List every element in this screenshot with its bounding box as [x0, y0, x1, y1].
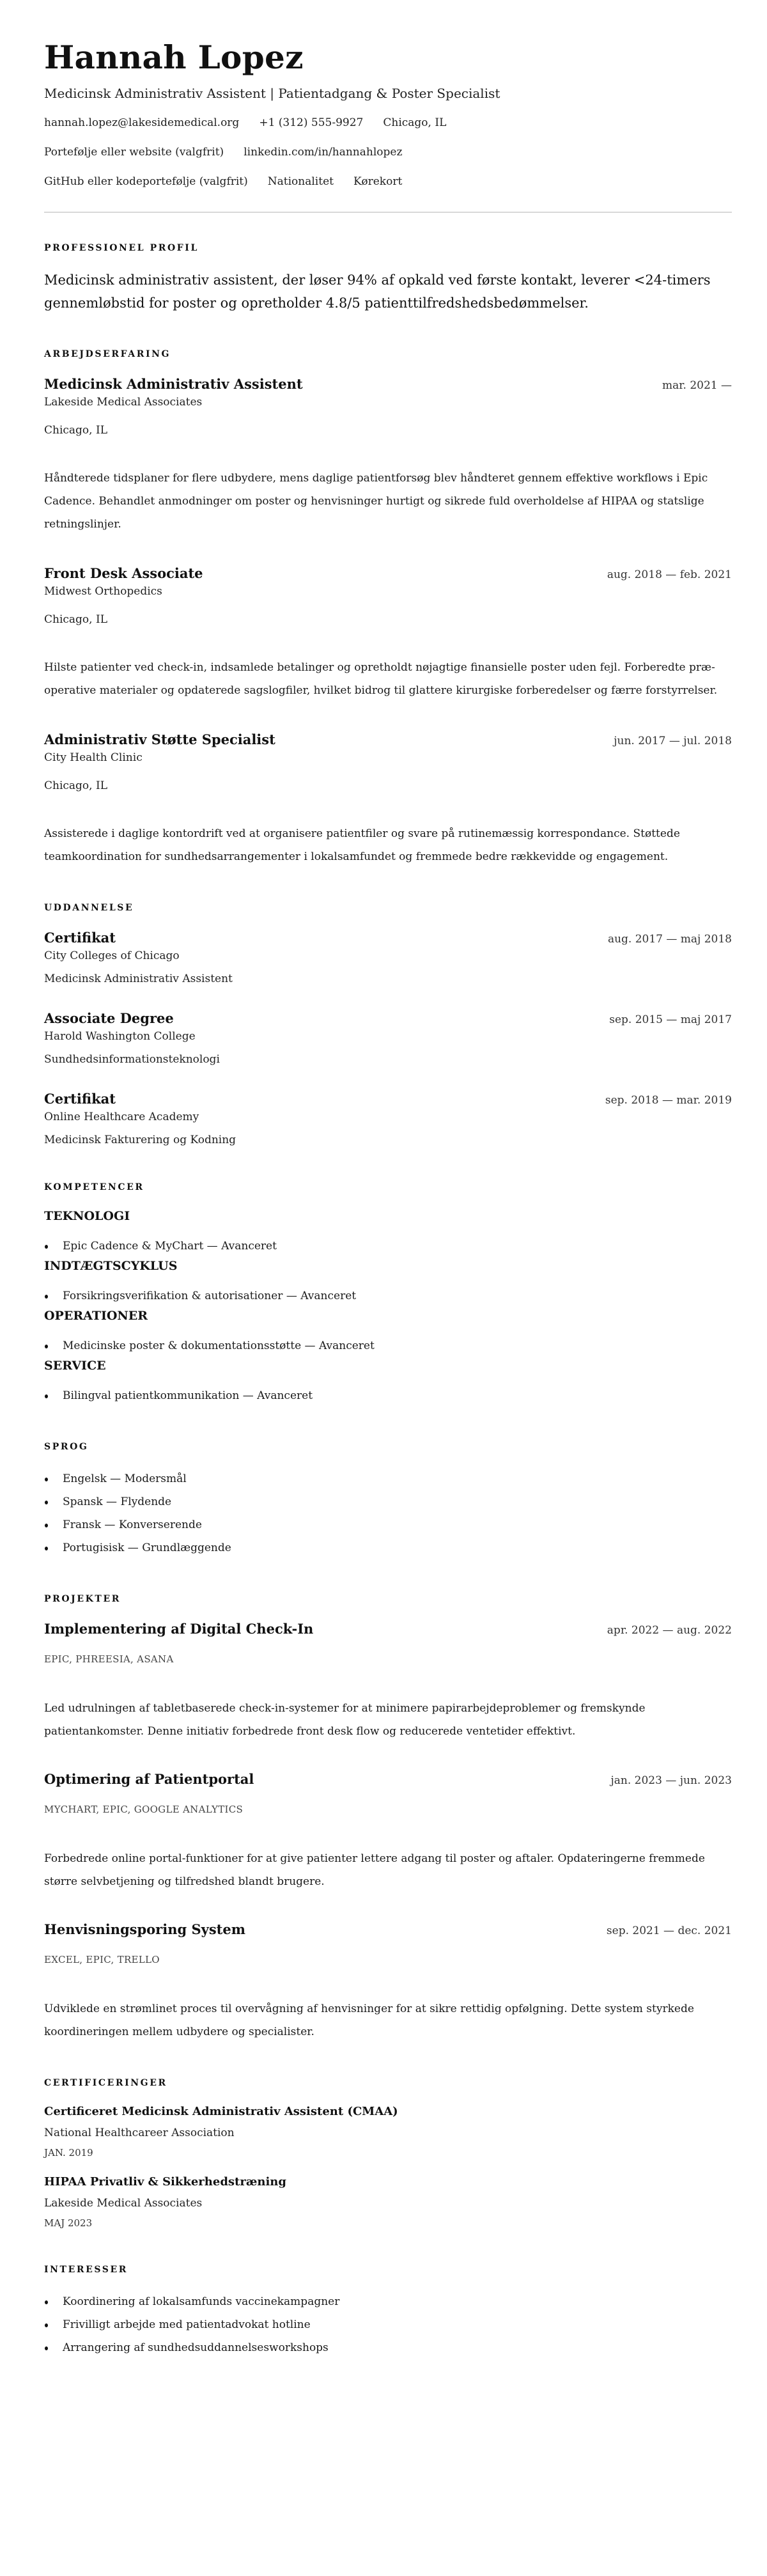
contact-row-2: Portefølje eller website (valgfrit) link…	[44, 144, 732, 160]
contact-phone[interactable]: +1 (312) 555-9927	[259, 115, 363, 130]
skill-item: Forsikringsverifikation & autorisationer…	[44, 1284, 732, 1308]
project-dates: sep. 2021 — dec. 2021	[607, 1922, 732, 1940]
project-title: Henvisningsporing System	[44, 1920, 245, 1939]
project-tech: EXCEL, EPIC, TRELLO	[44, 1953, 732, 1967]
section-experience: Arbejdserfaring Medicinsk Administrativ …	[44, 348, 732, 868]
section-skills: Kompetencer TEKNOLOGI Epic Cadence & MyC…	[44, 1181, 732, 1407]
language-item: Fransk — Konverserende	[44, 1513, 732, 1536]
contact-github: GitHub eller kodeportefølje (valgfrit)	[44, 174, 248, 189]
section-languages: Sprog Engelsk — Modersmål Spansk — Flyde…	[44, 1440, 732, 1559]
job-entry: Medicinsk Administrativ Assistent mar. 2…	[44, 375, 732, 536]
certification-issuer: National Healthcareer Association	[44, 2125, 732, 2141]
contact-portfolio: Portefølje eller website (valgfrit)	[44, 144, 224, 160]
certification-date: JAN. 2019	[44, 2146, 732, 2160]
section-interests: Interesser Koordinering af lokalsamfunds…	[44, 2263, 732, 2359]
contact-nationality: Nationalitet	[268, 174, 334, 189]
education-dates: aug. 2017 — maj 2018	[608, 930, 732, 948]
headline: Medicinsk Administrativ Assistent | Pati…	[44, 84, 732, 102]
job-location: Chicago, IL	[44, 612, 732, 627]
project-description: Forbedrede online portal-funktioner for …	[44, 1847, 734, 1893]
certification-entry: HIPAA Privatliv & Sikkerhedstræning Lake…	[44, 2174, 732, 2230]
certification-issuer: Lakeside Medical Associates	[44, 2196, 732, 2211]
section-title-experience: Arbejdserfaring	[44, 348, 732, 361]
skill-group: SERVICE Bilingval patientkommunikation —…	[44, 1357, 732, 1407]
project-entry: Implementering af Digital Check-In apr. …	[44, 1620, 732, 1743]
skill-group: TEKNOLOGI Epic Cadence & MyChart — Avanc…	[44, 1208, 732, 1258]
education-field: Sundhedsinformationsteknologi	[44, 1052, 732, 1067]
project-title: Implementering af Digital Check-In	[44, 1620, 313, 1639]
section-title-skills: Kompetencer	[44, 1181, 732, 1194]
project-tech: MYCHART, EPIC, GOOGLE ANALYTICS	[44, 1802, 732, 1816]
skill-group-title: OPERATIONER	[44, 1308, 732, 1324]
education-school: Online Healthcare Academy	[44, 1109, 732, 1125]
project-description: Led udrulningen af tabletbaserede check-…	[44, 1697, 734, 1743]
language-item: Engelsk — Modersmål	[44, 1467, 732, 1490]
job-description: Håndterede tidsplaner for flere udbydere…	[44, 467, 734, 536]
language-item: Portugisisk — Grundlæggende	[44, 1536, 732, 1559]
section-title-profile: Professionel Profil	[44, 242, 732, 254]
education-school: Harold Washington College	[44, 1029, 732, 1044]
skill-group-title: SERVICE	[44, 1357, 732, 1374]
job-dates: aug. 2018 — feb. 2021	[607, 566, 732, 584]
job-description: Hilste patienter ved check-in, indsamled…	[44, 656, 734, 702]
interest-item: Koordinering af lokalsamfunds vaccinekam…	[44, 2290, 732, 2313]
certification-entry: Certificeret Medicinsk Administrativ Ass…	[44, 2104, 732, 2160]
project-title: Optimering af Patientportal	[44, 1770, 254, 1789]
education-school: City Colleges of Chicago	[44, 948, 732, 964]
interest-item: Arrangering af sundhedsuddannelsesworksh…	[44, 2336, 732, 2359]
education-degree: Certifikat	[44, 928, 116, 948]
education-field: Medicinsk Administrativ Assistent	[44, 971, 732, 987]
education-degree: Associate Degree	[44, 1009, 174, 1028]
job-location: Chicago, IL	[44, 423, 732, 438]
contact-row-3: GitHub eller kodeportefølje (valgfrit) N…	[44, 174, 732, 189]
education-field: Medicinsk Fakturering og Kodning	[44, 1132, 732, 1148]
candidate-name: Hannah Lopez	[44, 37, 732, 78]
certification-date: MAJ 2023	[44, 2216, 732, 2230]
section-education: Uddannelse Certifikat aug. 2017 — maj 20…	[44, 902, 732, 1148]
contact-location: Chicago, IL	[383, 115, 446, 130]
contact-drivers-license: Kørekort	[353, 174, 402, 189]
job-title: Medicinsk Administrativ Assistent	[44, 375, 303, 394]
job-title: Front Desk Associate	[44, 564, 203, 583]
job-entry: Administrativ Støtte Specialist jun. 201…	[44, 730, 732, 868]
header-divider	[44, 212, 732, 213]
skill-group-title: TEKNOLOGI	[44, 1208, 732, 1224]
project-dates: apr. 2022 — aug. 2022	[607, 1621, 732, 1639]
job-company: Midwest Orthopedics	[44, 584, 732, 599]
section-title-projects: Projekter	[44, 1593, 732, 1605]
certification-name: HIPAA Privatliv & Sikkerhedstræning	[44, 2174, 732, 2190]
skill-item: Epic Cadence & MyChart — Avanceret	[44, 1235, 732, 1258]
section-projects: Projekter Implementering af Digital Chec…	[44, 1593, 732, 2043]
section-title-certifications: Certificeringer	[44, 2077, 732, 2089]
section-title-languages: Sprog	[44, 1440, 732, 1453]
resume-header: Hannah Lopez Medicinsk Administrativ Ass…	[44, 37, 732, 213]
contact-row-1: hannah.lopez@lakesidemedical.org +1 (312…	[44, 115, 732, 130]
skill-group: OPERATIONER Medicinske poster & dokument…	[44, 1308, 732, 1357]
project-entry: Optimering af Patientportal jan. 2023 — …	[44, 1770, 732, 1893]
skill-group: INDTÆGTSCYKLUS Forsikringsverifikation &…	[44, 1258, 732, 1308]
section-title-interests: Interesser	[44, 2263, 732, 2276]
certification-name: Certificeret Medicinsk Administrativ Ass…	[44, 2104, 732, 2120]
project-tech: EPIC, PHREESIA, ASANA	[44, 1652, 732, 1666]
education-dates: sep. 2015 — maj 2017	[609, 1011, 732, 1029]
skill-item: Medicinske poster & dokumentationsstøtte…	[44, 1334, 732, 1357]
education-dates: sep. 2018 — mar. 2019	[605, 1091, 732, 1109]
job-title: Administrativ Støtte Specialist	[44, 730, 275, 749]
contact-linkedin[interactable]: linkedin.com/in/hannahlopez	[244, 144, 402, 160]
job-company: Lakeside Medical Associates	[44, 394, 732, 410]
job-dates: mar. 2021 —	[662, 377, 732, 394]
project-dates: jan. 2023 — jun. 2023	[611, 1772, 732, 1790]
job-company: City Health Clinic	[44, 750, 732, 765]
project-description: Udviklede en strømlinet proces til overv…	[44, 1997, 734, 2043]
job-description: Assisterede i daglige kontordrift ved at…	[44, 822, 734, 868]
resume-page: Hannah Lopez Medicinsk Administrativ Ass…	[0, 0, 767, 2398]
job-location: Chicago, IL	[44, 778, 732, 793]
education-degree: Certifikat	[44, 1089, 116, 1109]
skill-group-title: INDTÆGTSCYKLUS	[44, 1258, 732, 1274]
contact-email[interactable]: hannah.lopez@lakesidemedical.org	[44, 115, 239, 130]
language-item: Spansk — Flydende	[44, 1490, 732, 1513]
project-entry: Henvisningsporing System sep. 2021 — dec…	[44, 1920, 732, 2043]
education-entry: Certifikat sep. 2018 — mar. 2019 Online …	[44, 1089, 732, 1148]
job-entry: Front Desk Associate aug. 2018 — feb. 20…	[44, 564, 732, 702]
profile-summary: Medicinsk administrativ assistent, der l…	[44, 269, 734, 315]
section-certifications: Certificeringer Certificeret Medicinsk A…	[44, 2077, 732, 2230]
education-entry: Associate Degree sep. 2015 — maj 2017 Ha…	[44, 1009, 732, 1067]
skill-item: Bilingval patientkommunikation — Avancer…	[44, 1384, 732, 1407]
job-dates: jun. 2017 — jul. 2018	[614, 732, 732, 750]
section-profile: Professionel Profil Medicinsk administra…	[44, 242, 732, 315]
education-entry: Certifikat aug. 2017 — maj 2018 City Col…	[44, 928, 732, 987]
section-title-education: Uddannelse	[44, 902, 732, 914]
interest-item: Frivilligt arbejde med patientadvokat ho…	[44, 2313, 732, 2336]
